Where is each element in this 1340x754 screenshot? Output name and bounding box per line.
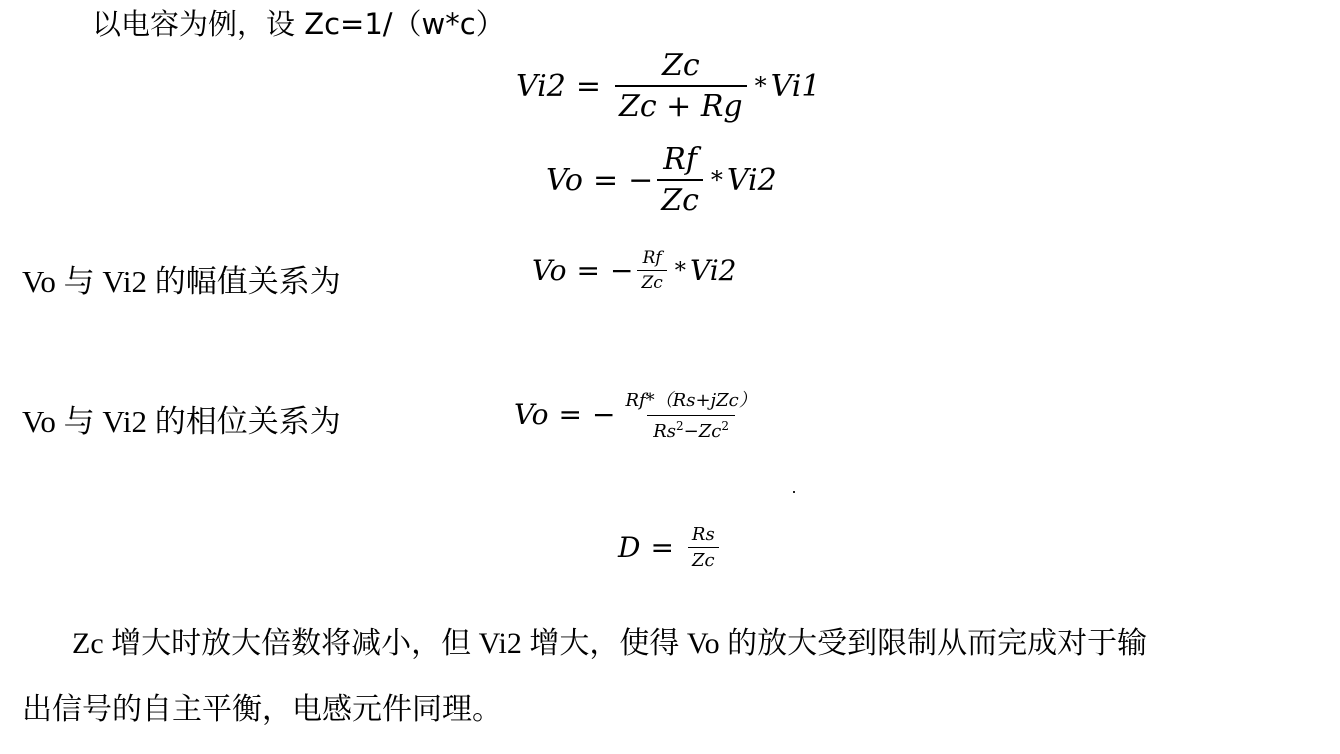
eq4-den-rs: Rs	[653, 421, 676, 442]
eq4-numerator: Rf*（Rs+jZc）	[619, 386, 762, 415]
eq5-equals: =	[650, 531, 673, 564]
amplitude-label: Vo 与 Vi2 的幅值关系为	[22, 256, 341, 301]
eq4-sign: −	[592, 398, 615, 431]
paragraph-line-1: Zc 增大时放大倍数将减小，但 Vi2 增大，使得 Vo 的放大受到限制从而完成…	[72, 618, 1147, 662]
eq4-den-exp-1: 2	[676, 419, 684, 433]
eq2-lhs: Vo	[546, 163, 583, 198]
eq2-equals: =	[593, 163, 618, 198]
eq3-multiply: *	[675, 258, 686, 284]
eq3-lhs: Vo	[532, 254, 567, 287]
phase-label: Vo 与 Vi2 的相位关系为	[22, 396, 341, 441]
eq1-lhs: Vi2	[516, 69, 566, 104]
eq3-numerator: Rf	[639, 248, 666, 270]
eq2-tail: Vi2	[727, 163, 777, 198]
eq5-denominator: Zc	[688, 547, 719, 571]
eq1-tail: Vi1	[771, 69, 821, 104]
paragraph-line-2: 出信号的自主平衡，电感元件同理。	[22, 684, 502, 728]
eq2-multiply: *	[711, 166, 723, 194]
eq4-fraction: Rf*（Rs+jZc） Rs2−Zc2	[619, 386, 762, 442]
eq4-equals: =	[559, 398, 582, 431]
intro-line: 以电容为例，设 Zc=1/（w*c）	[92, 2, 505, 43]
equation-d: D = Rs Zc	[618, 524, 723, 571]
eq2-numerator: Rf	[659, 142, 701, 179]
eq1-fraction: Zc Zc + Rg	[615, 48, 747, 124]
eq4-den-exp-2: 2	[721, 419, 729, 433]
eq4-denominator: Rs2−Zc2	[647, 415, 735, 442]
eq5-lhs: D	[618, 531, 640, 564]
eq4-lhs: Vo	[514, 398, 549, 431]
eq2-sign: −	[628, 163, 653, 198]
eq3-fraction: Rf Zc	[637, 248, 666, 293]
equation-phase: Vo = − Rf*（Rs+jZc） Rs2−Zc2	[514, 386, 767, 442]
equation-vi2: Vi2 = Zc Zc + Rg * Vi1	[516, 48, 820, 124]
eq5-fraction: Rs Zc	[688, 524, 719, 571]
eq4-den-zc: −Zc	[684, 421, 722, 442]
equation-amplitude: Vo = − Rf Zc * Vi2	[532, 248, 737, 293]
stray-dot	[793, 491, 795, 493]
eq1-numerator: Zc	[658, 48, 704, 85]
eq1-multiply: *	[755, 72, 767, 100]
eq3-equals: =	[577, 254, 600, 287]
equation-vo: Vo = − Rf Zc * Vi2	[546, 142, 777, 218]
eq1-equals: =	[576, 69, 601, 104]
eq2-denominator: Zc	[657, 179, 703, 218]
eq1-denominator: Zc + Rg	[615, 85, 747, 124]
eq2-fraction: Rf Zc	[657, 142, 703, 218]
eq3-tail: Vi2	[690, 254, 737, 287]
eq3-denominator: Zc	[637, 270, 666, 293]
eq5-numerator: Rs	[688, 524, 719, 547]
eq3-sign: −	[610, 254, 633, 287]
